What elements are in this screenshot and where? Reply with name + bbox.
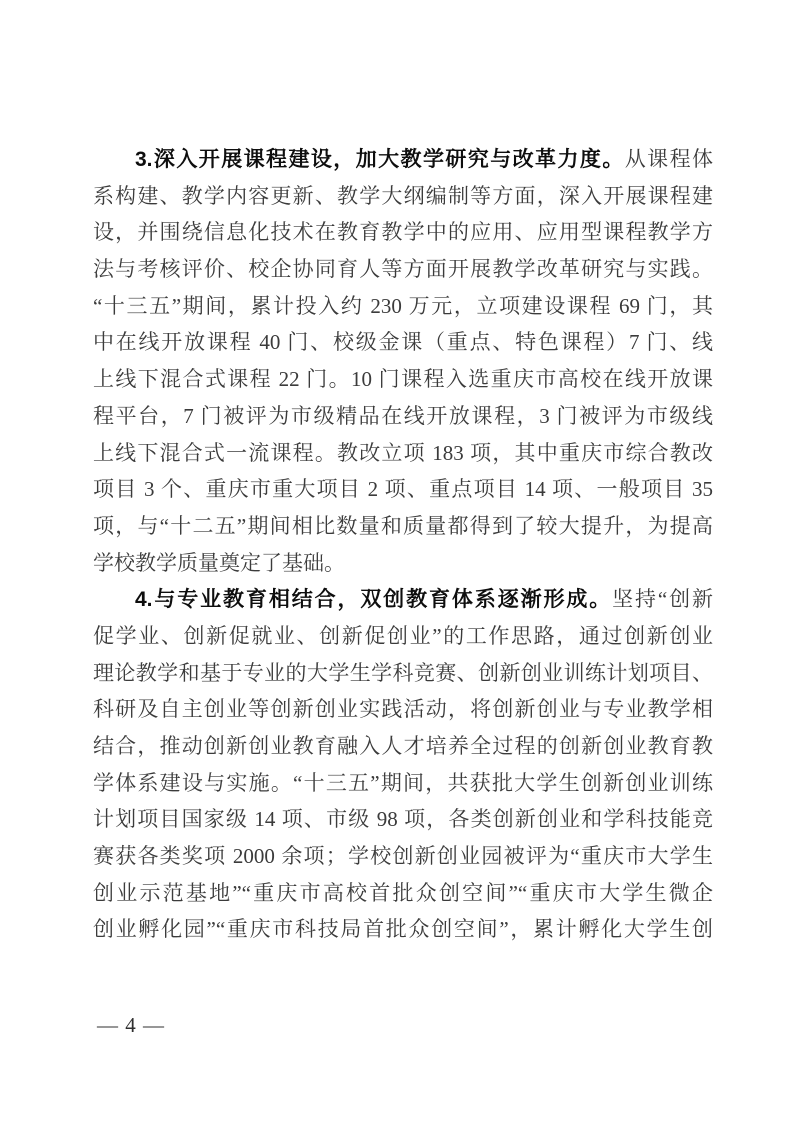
body-text: 理论教学和基于专业的大学生学科竞赛、创新创业训练计划项目、 — [93, 661, 713, 685]
body-text: 从课程体 — [625, 147, 713, 171]
paragraph-1-line-2: 系构建、教学内容更新、教学大纲编制等方面，深入开展课程建 — [93, 178, 713, 215]
paragraph-1-line-1: 3.深入开展课程建设，加大教学研究与改革力度。从课程体 — [93, 141, 713, 178]
paragraph-1-line-7: 上线下混合式课程 22 门。10 门课程入选重庆市高校在线开放课 — [93, 361, 713, 398]
body-text: 中在线开放课程 40 门、校级金课（重点、特色课程）7 门、线 — [93, 330, 713, 354]
body-text: 设，并围绕信息化技术在教育教学中的应用、应用型课程教学方 — [93, 220, 713, 244]
paragraph-1-line-5: “十三五”期间，累计投入约 230 万元，立项建设课程 69 门，其 — [93, 288, 713, 325]
paragraph-1-line-9: 上线下混合式一流课程。教改立项 183 项，其中重庆市综合教改 — [93, 435, 713, 472]
document-body: 3.深入开展课程建设，加大教学研究与改革力度。从课程体系构建、教学内容更新、教学… — [93, 141, 713, 948]
paragraph-2-line-10: 创业孵化园”“重庆市科技局首批众创空间”，累计孵化大学生创 — [93, 911, 713, 948]
body-text: 项，与“十二五”期间相比数量和质量都得到了较大提升，为提高 — [93, 514, 713, 538]
paragraph-2-line-3: 理论教学和基于专业的大学生学科竞赛、创新创业训练计划项目、 — [93, 655, 713, 692]
paragraph-1-line-6: 中在线开放课程 40 门、校级金课（重点、特色课程）7 门、线 — [93, 324, 713, 361]
body-text: 计划项目国家级 14 项、市级 98 项，各类创新创业和学科技能竞 — [93, 807, 713, 831]
paragraph-2-line-2: 促学业、创新促就业、创新促创业”的工作思路，通过创新创业 — [93, 618, 713, 655]
body-text: “十三五”期间，累计投入约 230 万元，立项建设课程 69 门，其 — [93, 294, 713, 318]
body-text: 项目 3 个、重庆市重大项目 2 项、重点项目 14 项、一般项目 35 — [93, 477, 713, 501]
body-text: 结合，推动创新创业教育融入人才培养全过程的创新创业教育教 — [93, 734, 713, 758]
page-number: — 4 — — [97, 1007, 165, 1043]
paragraph-1-line-4: 法与考核评价、校企协同育人等方面开展教学改革研究与实践。 — [93, 251, 713, 288]
body-text: 坚持“创新 — [612, 587, 713, 611]
paragraph-1-line-8: 程平台，7 门被评为市级精品在线开放课程，3 门被评为市级线 — [93, 398, 713, 435]
paragraph-2-line-9: 创业示范基地”“重庆市高校首批众创空间”“重庆市大学生微企 — [93, 875, 713, 912]
body-text: 系构建、教学内容更新、教学大纲编制等方面，深入开展课程建 — [93, 184, 713, 208]
paragraph-2-line-7: 计划项目国家级 14 项、市级 98 项，各类创新创业和学科技能竞 — [93, 801, 713, 838]
paragraph-heading-text: 3.深入开展课程建设，加大教学研究与改革力度。 — [135, 148, 625, 171]
paragraph-1-line-10: 项目 3 个、重庆市重大项目 2 项、重点项目 14 项、一般项目 35 — [93, 471, 713, 508]
paragraph-2-line-4: 科研及自主创业等创新创业实践活动，将创新创业与专业教学相 — [93, 691, 713, 728]
paragraph-1-line-12: 学校教学质量奠定了基础。 — [93, 545, 713, 582]
body-text: 上线下混合式课程 22 门。10 门课程入选重庆市高校在线开放课 — [93, 367, 713, 391]
body-text: 促学业、创新促就业、创新促创业”的工作思路，通过创新创业 — [93, 624, 713, 648]
paragraph-2-line-5: 结合，推动创新创业教育融入人才培养全过程的创新创业教育教 — [93, 728, 713, 765]
document-page: 3.深入开展课程建设，加大教学研究与改革力度。从课程体系构建、教学内容更新、教学… — [0, 0, 793, 1122]
paragraph-2-line-8: 赛获各类奖项 2000 余项；学校创新创业园被评为“重庆市大学生 — [93, 838, 713, 875]
body-text: 赛获各类奖项 2000 余项；学校创新创业园被评为“重庆市大学生 — [93, 844, 713, 868]
paragraph-2-line-6: 学体系建设与实施。“十三五”期间，共获批大学生创新创业训练 — [93, 765, 713, 802]
body-text: 学体系建设与实施。“十三五”期间，共获批大学生创新创业训练 — [93, 771, 713, 795]
body-text: 上线下混合式一流课程。教改立项 183 项，其中重庆市综合教改 — [93, 441, 713, 465]
body-text: 程平台，7 门被评为市级精品在线开放课程，3 门被评为市级线 — [93, 404, 713, 428]
body-text: 创业示范基地”“重庆市高校首批众创空间”“重庆市大学生微企 — [93, 881, 713, 905]
paragraph-1-line-3: 设，并围绕信息化技术在教育教学中的应用、应用型课程教学方 — [93, 214, 713, 251]
paragraph-heading-text: 4.与专业教育相结合，双创教育体系逐渐形成。 — [135, 588, 612, 611]
body-text: 创业孵化园”“重庆市科技局首批众创空间”，累计孵化大学生创 — [93, 917, 713, 941]
body-text: 法与考核评价、校企协同育人等方面开展教学改革研究与实践。 — [93, 257, 713, 281]
paragraph-2-line-1: 4.与专业教育相结合，双创教育体系逐渐形成。坚持“创新 — [93, 581, 713, 618]
body-text: 科研及自主创业等创新创业实践活动，将创新创业与专业教学相 — [93, 697, 713, 721]
paragraph-1-line-11: 项，与“十二五”期间相比数量和质量都得到了较大提升，为提高 — [93, 508, 713, 545]
body-text: 学校教学质量奠定了基础。 — [93, 551, 345, 575]
